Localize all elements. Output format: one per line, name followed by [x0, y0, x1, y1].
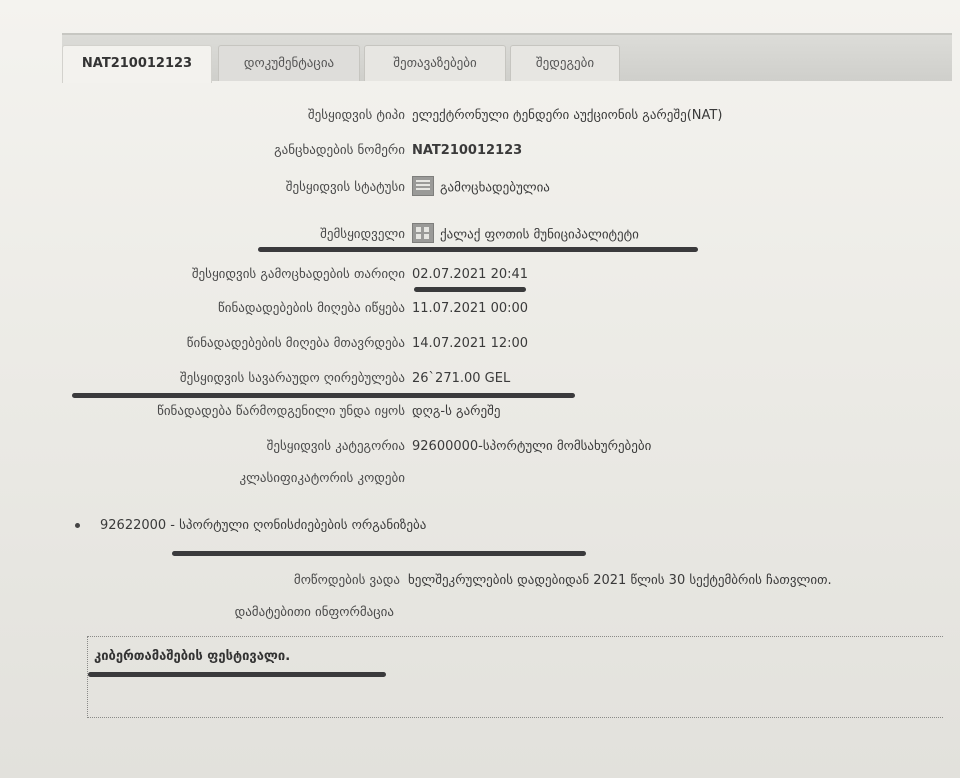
field-buyer: შემსყიდველი ქალაქ ფოთის მუნიციპალიტეტი: [0, 225, 960, 245]
field-label: მოწოდების ვადა: [294, 571, 400, 591]
bullet-icon: [75, 523, 80, 528]
classifier-item-text: 92622000 - სპორტული ღონისძიებების ორგანი…: [100, 518, 426, 533]
field-value: ხელშეკრულების დადებიდან 2021 წლის 30 სექ…: [408, 571, 832, 591]
field-label: შესყიდვის ტიპი: [308, 106, 405, 126]
tab-documentation[interactable]: დოკუმენტაცია: [218, 45, 360, 81]
document-icon: [412, 176, 434, 196]
field-bids-end: წინადადებების მიღება მთავრდება 14.07.202…: [0, 334, 960, 354]
field-value: 14.07.2021 12:00: [412, 334, 528, 354]
field-label: წინადადება წარმოდგენილი უნდა იყოს: [157, 402, 405, 422]
field-additional-info: დამატებითი ინფორმაცია: [0, 603, 960, 623]
building-icon: [412, 223, 434, 243]
additional-info-text: კიბერთამაშების ფესტივალი.: [94, 649, 290, 664]
pen-underline-date: [414, 287, 526, 292]
field-label: კლასიფიკატორის კოდები: [239, 469, 405, 489]
field-bids-start: წინადადებების მიღება იწყება 11.07.2021 0…: [0, 299, 960, 319]
field-value: გამოცხადებულია: [412, 178, 550, 199]
field-value: 92600000-სპორტული მომსახურებები: [412, 437, 651, 457]
field-value: ქალაქ ფოთის მუნიციპალიტეტი: [412, 225, 639, 246]
field-offer-vat: წინადადება წარმოდგენილი უნდა იყოს დღგ-ს …: [0, 402, 960, 422]
field-classifier-codes: კლასიფიკატორის კოდები: [0, 469, 960, 489]
field-label: წინადადებების მიღება იწყება: [218, 299, 405, 319]
field-estimated-value: შესყიდვის სავარაუდო ღირებულება 26`271.00…: [0, 369, 960, 389]
field-label: წინადადებების მიღება მთავრდება: [187, 334, 405, 354]
pen-underline-buyer: [258, 247, 698, 252]
field-value: 26`271.00 GEL: [412, 369, 510, 389]
pen-underline-classifier: [172, 551, 586, 556]
field-value: 11.07.2021 00:00: [412, 299, 528, 319]
pen-underline-value: [72, 393, 575, 398]
status-text: გამოცხადებულია: [440, 181, 550, 196]
tab-bar: NAT210012123 დოკუმენტაცია შეთავაზებები შ…: [62, 33, 952, 81]
buyer-link[interactable]: ქალაქ ფოთის მუნიციპალიტეტი: [440, 228, 639, 243]
field-status: შესყიდვის სტატუსი გამოცხადებულია: [0, 178, 960, 198]
pen-underline-note: [88, 672, 386, 677]
additional-info-box: კიბერთამაშების ფესტივალი.: [87, 636, 943, 718]
field-delivery-term: მოწოდების ვადა ხელშეკრულების დადებიდან 2…: [0, 571, 960, 591]
field-label: განცხადების ნომერი: [274, 141, 405, 161]
field-announcement-date: შესყიდვის გამოცხადების თარიღი 02.07.2021…: [0, 265, 960, 285]
tab-results[interactable]: შედეგები: [510, 45, 620, 81]
field-label: დამატებითი ინფორმაცია: [235, 603, 394, 623]
field-value: დღგ-ს გარეშე: [412, 402, 500, 422]
field-value: 02.07.2021 20:41: [412, 265, 528, 285]
tab-tender-id[interactable]: NAT210012123: [62, 45, 212, 83]
field-category: შესყიდვის კატეგორია 92600000-სპორტული მო…: [0, 437, 960, 457]
tender-page: NAT210012123 დოკუმენტაცია შეთავაზებები შ…: [0, 0, 960, 778]
field-label: შესყიდვის სტატუსი: [286, 178, 405, 198]
field-label: შესყიდვის კატეგორია: [267, 437, 405, 457]
field-label: შემსყიდველი: [320, 225, 405, 245]
field-application-number: განცხადების ნომერი NAT210012123: [0, 141, 960, 161]
field-procurement-type: შესყიდვის ტიპი ელექტრონული ტენდერი აუქცი…: [0, 106, 960, 126]
field-value: ელექტრონული ტენდერი აუქციონის გარეშე(NAT…: [412, 106, 722, 126]
field-label: შესყიდვის გამოცხადების თარიღი: [192, 265, 405, 285]
classifier-item: 92622000 - სპორტული ღონისძიებების ორგანი…: [75, 516, 426, 536]
tab-offers[interactable]: შეთავაზებები: [364, 45, 506, 81]
field-label: შესყიდვის სავარაუდო ღირებულება: [180, 369, 405, 389]
field-value: NAT210012123: [412, 141, 522, 161]
